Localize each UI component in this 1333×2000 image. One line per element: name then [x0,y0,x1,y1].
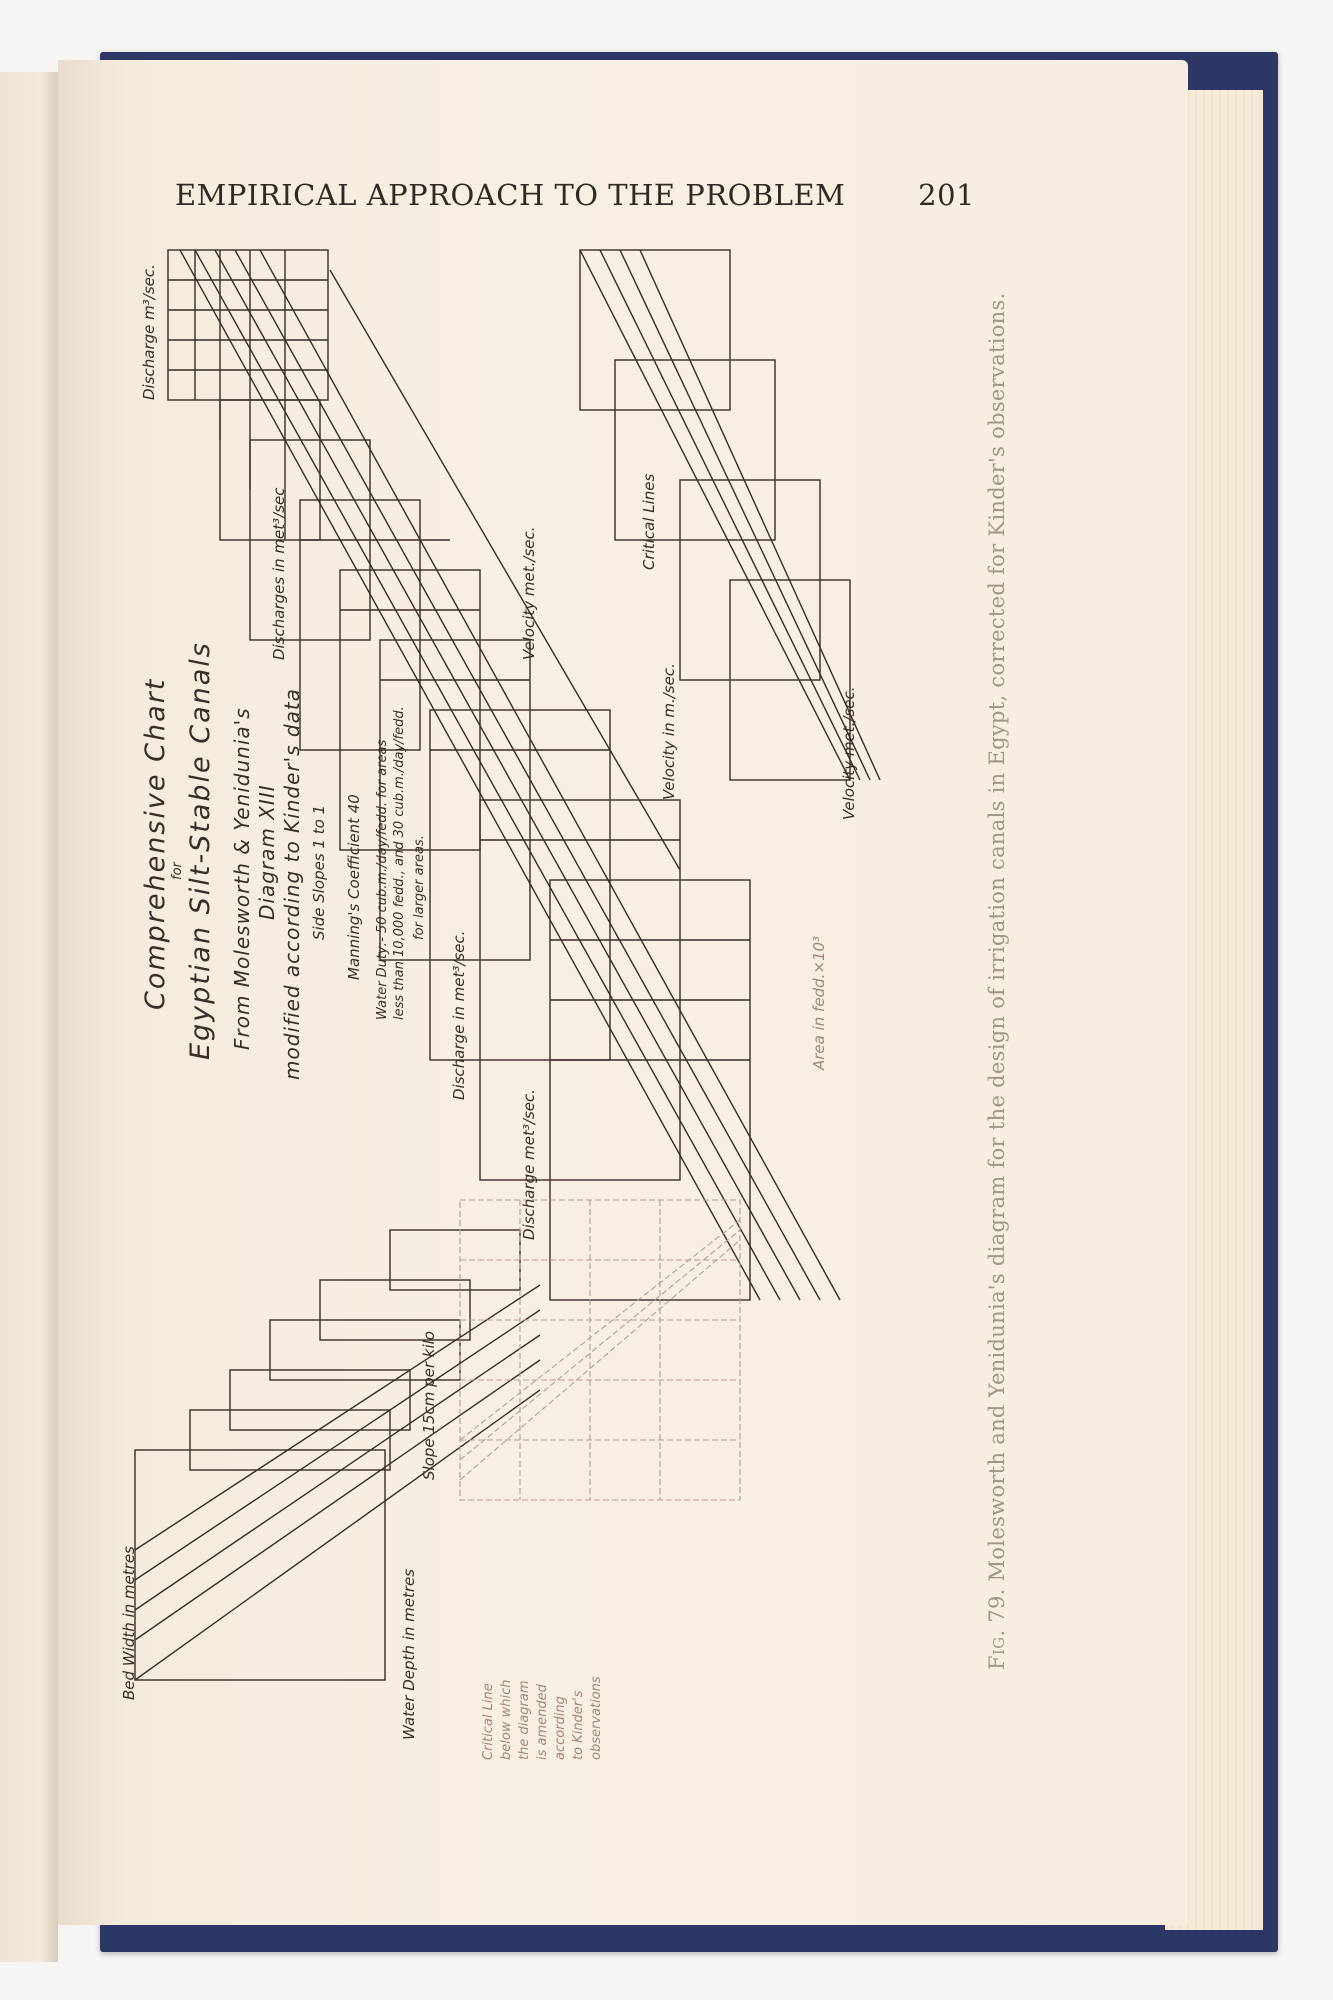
critical-note-line: is amended [534,1676,552,1760]
area-feddans-label: Area in fedd.×10³ [810,936,828,1070]
chart-source-line2: Diagram XIII [255,784,279,920]
slope-label: Slope 15cm per kilo [420,1331,438,1480]
running-head-title: EMPIRICAL APPROACH TO THE PROBLEM [175,178,845,212]
chart-source-line3: modified according to Kinder's data [280,688,304,1080]
critical-note-line: below which [498,1676,516,1760]
critical-lines-label: Critical Lines [640,474,658,570]
critical-note-line: according [552,1676,570,1760]
discharge-top-label: Discharge m³/sec. [140,264,158,400]
critical-note-line: Critical Line [480,1676,498,1760]
chart-source-line1: From Molesworth & Yenidunia's [230,707,254,1050]
discharge-low-label: Discharge met³/sec. [520,1089,538,1240]
critical-note-line: to Kinder's [570,1676,588,1760]
chart-title-for: for [170,862,185,880]
water-duty-note-2: less than 10,000 fedd., and 30 cub.m./da… [392,706,407,1020]
running-header: EMPIRICAL APPROACH TO THE PROBLEM 201 [175,178,975,218]
figure-caption-text: Molesworth and Yenidunia's diagram for t… [985,292,1009,1581]
velocity-mid-label: Velocity in m./sec. [660,663,678,800]
water-duty-note-3: for larger areas. [412,835,427,940]
chart-title-line1: Comprehensive Chart [140,678,171,1010]
chart-title-line2: Egyptian Silt-Stable Canals [185,641,216,1060]
critical-note-line: the diagram [516,1676,534,1760]
water-duty-note-1: Water Duty:- 50 cub.m./day/fedd. for are… [375,740,390,1020]
nomogram-chart: Comprehensive Chart for Egyptian Silt-St… [120,240,980,1700]
side-slopes-note: Side Slopes 1 to 1 [310,805,328,940]
left-page-edge [0,72,58,1962]
page-number: 201 [918,178,975,212]
figure-caption: Fig. 79. Molesworth and Yenidunia's diag… [985,292,1009,1670]
critical-line-note: Critical Line below which the diagram is… [480,1676,606,1760]
manning-note: Manning's Coefficient 40 [345,794,363,980]
velocity-top-label: Velocity met./sec. [520,527,538,661]
discharge-mid-label: Discharge in met³/sec. [450,931,468,1100]
velocity-right-label: Velocity met./sec. [840,687,858,821]
critical-note-line: observations [588,1676,606,1760]
figure-number: Fig. 79. [985,1588,1009,1670]
discharges-label: Discharges in met³/sec [270,488,288,661]
water-depth-left-label: Water Depth in metres [400,1569,418,1740]
bed-width-left-label: Bed Width in metres [120,1546,138,1700]
